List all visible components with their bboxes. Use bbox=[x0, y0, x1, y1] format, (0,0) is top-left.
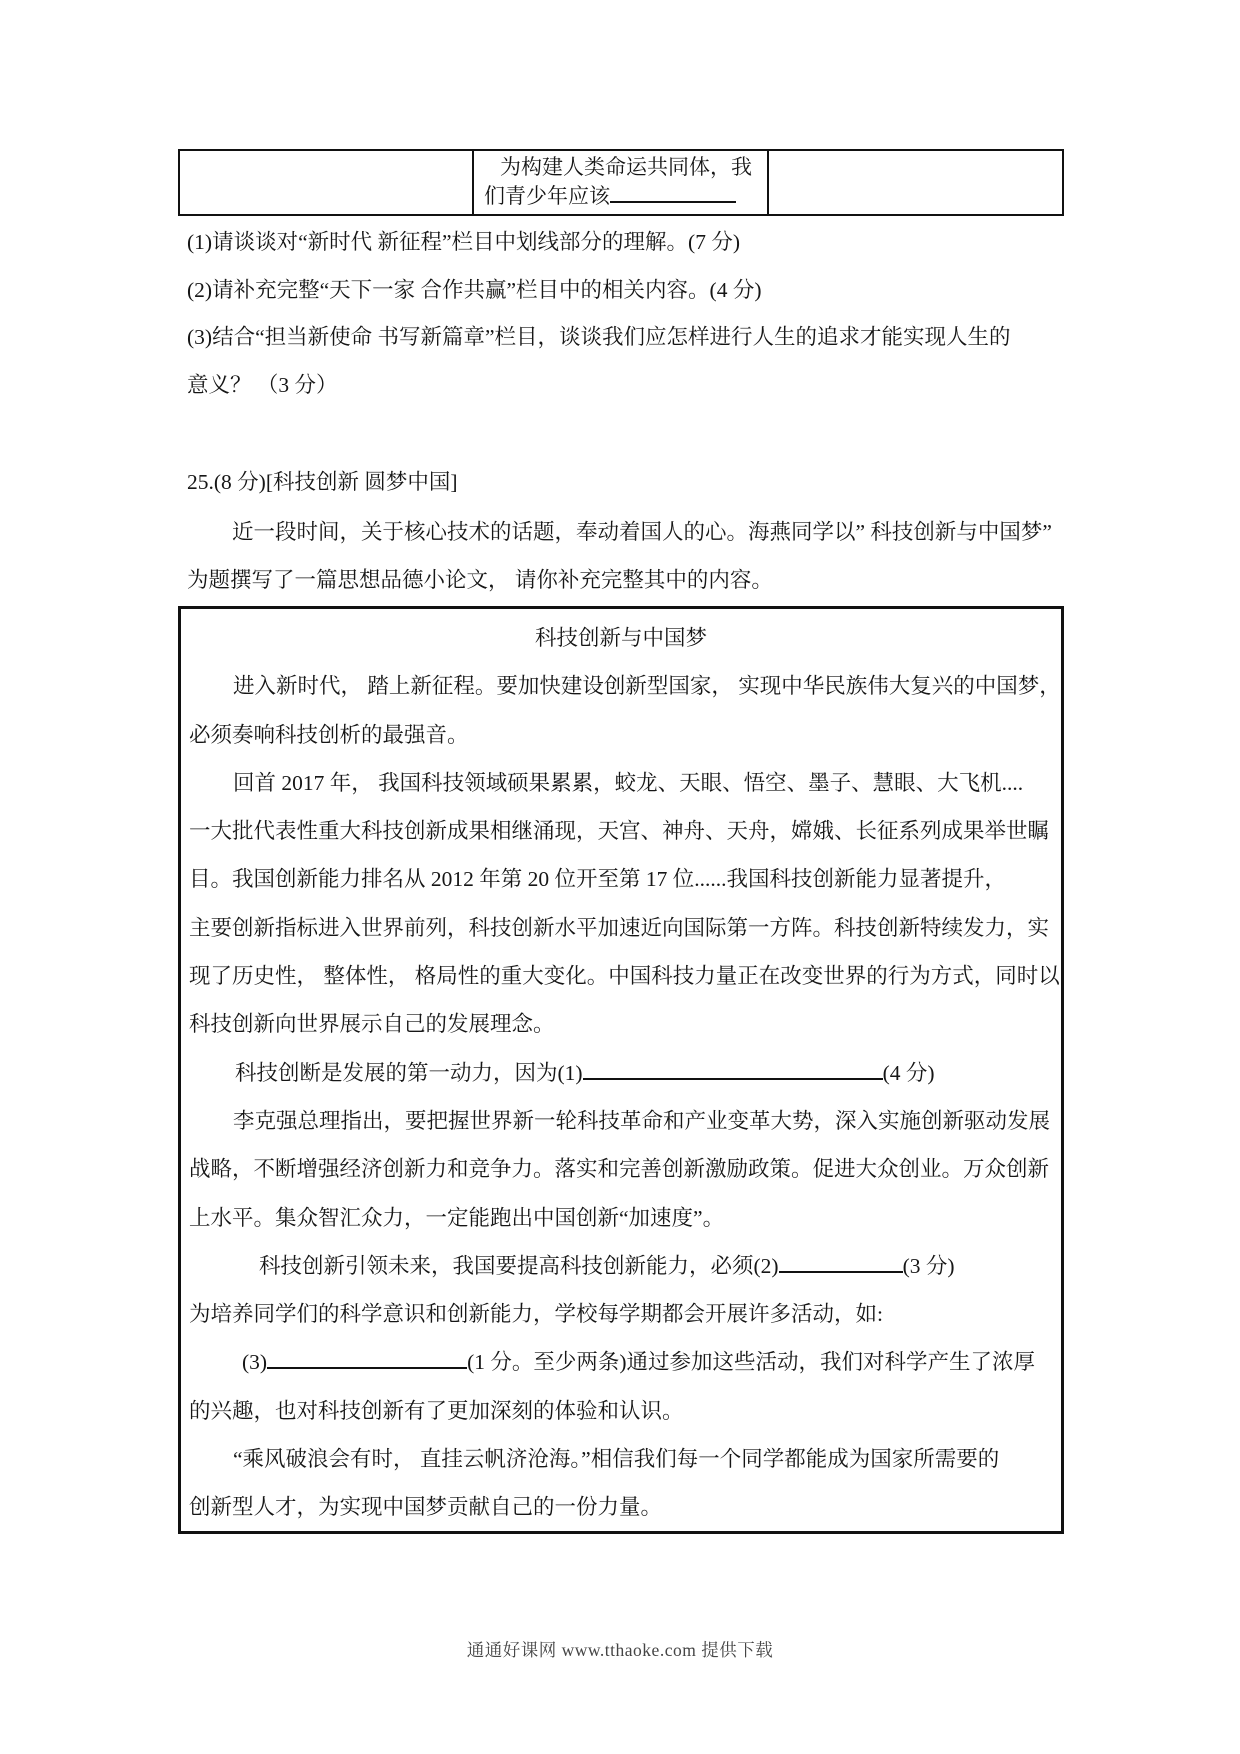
essay-line: 一大批代表性重大科技创新成果相继涌现，天宫、神舟、天舟，嫦娥、长征系列成果举世瞩 bbox=[189, 807, 1053, 855]
table-cell-text-line1: 为构建人类命运共同体，我 bbox=[476, 153, 765, 182]
blank1-prefix: 科技创断是发展的第一动力，因为(1) bbox=[235, 1061, 583, 1085]
exam-page: 为构建人类命运共同体，我 们青少年应该 (1)请谈谈对“新时代 新征程”栏目中划… bbox=[0, 0, 1240, 1754]
question-25-heading: 25.(8 分)[科技创新 圆梦中国] bbox=[187, 469, 458, 495]
essay-line: 科技创新向世界展示自己的发展理念。 bbox=[189, 1000, 1053, 1048]
essay-blank-line-1: 科技创断是发展的第一动力，因为(1)(4 分) bbox=[189, 1049, 1053, 1097]
essay-blank-line-3: (3)(1 分。至少两条)通过参加这些活动，我们对科学产生了浓厚 bbox=[189, 1338, 1053, 1386]
essay-box: 科技创新与中国梦 进入新时代， 踏上新征程。要加快建设创新型国家， 实现中华民族… bbox=[178, 606, 1064, 1534]
essay-line: 创新型人才，为实现中国梦贡献自己的一份力量。 bbox=[189, 1483, 1053, 1531]
essay-line: 上水平。集众智汇众力，一定能跑出中国创新“加速度”。 bbox=[189, 1194, 1053, 1242]
essay-line: 目。我国创新能力排名从 2012 年第 20 位开至第 17 位......我国… bbox=[189, 855, 1053, 903]
blank3-score: (1 分。至少两条)通过参加这些活动，我们对科学产生了浓厚 bbox=[467, 1350, 1035, 1374]
essay-line: 必须奏响科技创析的最强音。 bbox=[189, 711, 1053, 759]
fill-in-blank-underline bbox=[583, 1060, 883, 1080]
fill-in-blank-underline bbox=[779, 1253, 903, 1273]
question-3-line1: (3)结合“担当新使命 书写新篇章”栏目，谈谈我们应怎样进行人生的追求才能实现人… bbox=[187, 324, 1011, 350]
essay-title: 科技创新与中国梦 bbox=[189, 614, 1053, 662]
essay-line: 战略，不断增强经济创新力和竞争力。落实和完善创新激励政策。促进大众创业。万众创新 bbox=[189, 1145, 1053, 1193]
table-cell-text-line2: 们青少年应该 bbox=[476, 182, 765, 211]
essay-line: “乘风破浪会有时， 直挂云帆济沧海。”相信我们每一个同学都能成为国家所需要的 bbox=[189, 1435, 1053, 1483]
essay-line: 为培养同学们的科学意识和创新能力，学校每学期都会开展许多活动，如: bbox=[189, 1290, 1053, 1338]
essay-line: 现了历史性， 整体性， 格局性的重大变化。中国科技力量正在改变世界的行为方式，同… bbox=[189, 952, 1053, 1000]
table-cell-middle: 为构建人类命运共同体，我 们青少年应该 bbox=[476, 153, 765, 210]
essay-line: 回首 2017 年， 我国科技领域硕果累累，蛟龙、天眼、悟空、墨子、慧眼、大飞机… bbox=[189, 759, 1053, 807]
question-3-line2: 意义？ （3 分） bbox=[187, 372, 338, 398]
blank3-prefix: (3) bbox=[242, 1350, 267, 1374]
blank2-prefix: 科技创新引领未来，我国要提高科技创新能力，必须(2) bbox=[259, 1254, 779, 1278]
table-column-divider bbox=[767, 151, 769, 214]
essay-line: 李克强总理指出，要把握世界新一轮科技革命和产业变革大势，深入实施创新驱动发展 bbox=[189, 1097, 1053, 1145]
fill-in-blank-underline bbox=[610, 183, 736, 203]
essay-blank-line-2: 科技创新引领未来，我国要提高科技创新能力，必须(2)(3 分) bbox=[189, 1242, 1053, 1290]
table-column-divider bbox=[472, 151, 474, 214]
essay-line: 主要创新指标进入世界前列，科技创新水平加速近向国际第一方阵。科技创新特续发力，实 bbox=[189, 904, 1053, 952]
question-25-intro-line1: 近一段时间，关于核心技术的话题，奉动着国人的心。海燕同学以” 科技创新与中国梦” bbox=[187, 519, 1052, 545]
footer-watermark: 通通好课网 www.tthaoke.com 提供下载 bbox=[0, 1637, 1240, 1662]
table-cell-line2-prefix: 们青少年应该 bbox=[484, 184, 610, 208]
essay-line: 进入新时代， 踏上新征程。要加快建设创新型国家， 实现中华民族伟大复兴的中国梦， bbox=[189, 662, 1053, 710]
blank2-score: (3 分) bbox=[903, 1254, 955, 1278]
essay-line: 的兴趣，也对科技创新有了更加深刻的体验和认识。 bbox=[189, 1387, 1053, 1435]
question-2: (2)请补充完整“天下一家 合作共赢”栏目中的相关内容。(4 分) bbox=[187, 277, 761, 303]
carryover-table: 为构建人类命运共同体，我 们青少年应该 bbox=[178, 149, 1064, 216]
question-1: (1)请谈谈对“新时代 新征程”栏目中划线部分的理解。(7 分) bbox=[187, 229, 740, 255]
question-25-intro-line2: 为题撰写了一篇思想品德小论文， 请你补充完整其中的内容。 bbox=[187, 567, 773, 593]
fill-in-blank-underline bbox=[267, 1349, 467, 1369]
blank1-score: (4 分) bbox=[883, 1061, 935, 1085]
